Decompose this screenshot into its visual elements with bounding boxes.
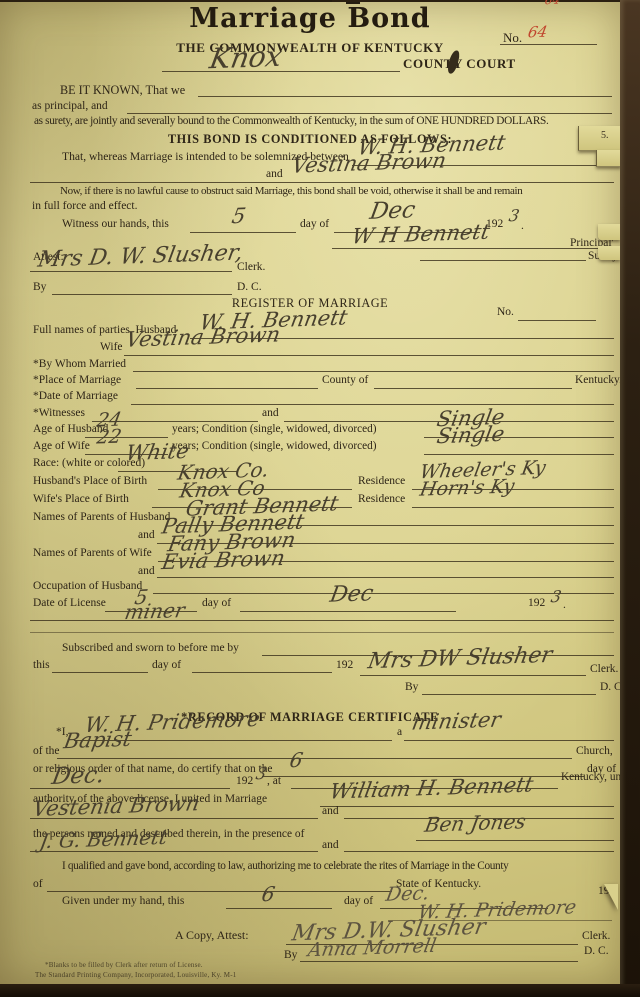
minister-title-handwritten: minister [410,709,502,733]
ruled-line [518,320,596,321]
ruled-line [47,891,392,892]
and-label: and [322,840,339,852]
occupation-label: Occupation of Husband [33,581,142,593]
parents-husband-label: Names of Parents of Husband [33,512,170,524]
age-wife-value: 22 [95,428,123,448]
ruled-line [124,355,614,356]
ruled-line [198,96,612,97]
day-of-label: day of [202,598,231,610]
wife-condition-handwritten: Single [435,424,506,447]
ruled-line [136,388,318,389]
ruled-line [133,371,614,372]
bride-full-handwritten: Vestenia Brown [31,793,201,820]
top-edge-mark [346,2,360,4]
ruled-line [30,620,614,621]
dc-label: D. C. [237,282,262,294]
given-under-hand-label: Given under my hand, this [62,896,184,908]
ruled-line [153,593,614,594]
husband-birth-label: Husband's Place of Birth [33,476,147,488]
witness-hands-label: Witness our hands, this [62,219,169,231]
wife-mother-handwritten: Evia Brown [160,548,286,573]
denomination-handwritten: Bapist [62,729,133,752]
year-printed: 192 [528,598,545,610]
kentucky-label: Kentucky. [575,375,622,387]
and-label: and [266,169,283,181]
conditioned-heading: THIS BOND IS CONDITIONED AS FOLLOWS: [0,133,620,145]
ruled-line [344,851,614,852]
be-it-known-label: BE IT KNOWN, That we [60,84,185,96]
parents-wife-label: Names of Parents of Wife [33,548,152,560]
ruled-line [157,577,614,578]
scan-edge-right [620,0,640,997]
this-label: this [33,660,50,672]
ruled-line [320,806,614,807]
footnote-printer: The Standard Printing Company, Incorpora… [35,972,236,979]
register-no-label: No. [497,307,514,319]
page-curl [598,246,620,260]
ruled-line [300,961,578,962]
place-of-marriage-label: *Place of Marriage [33,375,121,387]
county-name-handwritten: Knox [208,43,285,74]
date-of-marriage-label: *Date of Marriage [33,391,118,403]
wife-birth-label: Wife's Place of Birth [33,494,129,506]
at-label: , at [267,776,281,788]
license-month-handwritten: Dec [328,583,375,607]
ruled-line [52,294,232,295]
ruled-line [416,840,614,841]
ruled-line [190,232,296,233]
and-label: and [262,408,279,420]
ruled-line [360,675,586,676]
residence-label: Residence [358,494,405,506]
date-of-license-label: Date of License [33,598,106,610]
as-principal-label: as principal, and [32,101,108,113]
ruled-line [424,454,614,455]
scan-edge-bottom [0,984,640,997]
of-the-label: of the [33,746,60,758]
condition-label: years; Condition (single, widowed, divor… [172,441,377,452]
age-wife-label: Age of Wife [33,441,90,453]
clerk-label: Clerk. [582,931,610,943]
void-clause-2: in full force and effect. [32,201,137,213]
ruled-line [422,694,596,695]
principal-signature-handwritten: W H Bennett [350,222,491,248]
ruled-line [127,113,612,114]
clerk-label: Clerk. [237,262,265,274]
witness1-handwritten: Ben Jones [423,811,527,835]
and-label: and [138,566,155,578]
ruled-line [52,672,148,673]
bride-name-handwritten: Vestina Brown [290,150,448,177]
page-corner-fold [604,884,618,910]
wife-residence-handwritten: Horn's Ky [418,477,515,499]
witness2-handwritten: J. G. Bennett [38,827,169,852]
county-court-label: COUNTY COURT [403,57,516,70]
underlying-page-tab: 5. [578,126,621,151]
subscribed-label: Subscribed and sworn to before me by [62,643,239,655]
day-of-label: day of [344,896,373,908]
wife-label: Wife [100,342,123,354]
ruled-line [192,672,332,673]
ruled-line [374,388,572,389]
bond-month-handwritten: Dec [368,199,417,224]
day-of-label: day of [300,219,329,231]
copy-attest-label: A Copy, Attest: [175,929,249,941]
day-of-label: day of [152,660,181,672]
ruled-line [131,404,614,405]
witnesses-label: *Witnesses [33,408,85,420]
year-printed: 192 [336,660,353,672]
residence-label: Residence [358,476,405,488]
a-label: a [397,727,402,739]
deputy-signature-handwritten: Anna Morrell [306,937,437,961]
void-clause-1: Now, if there is no lawful cause to obst… [60,186,522,197]
year-printed: 192 [236,776,253,788]
condition-label: years; Condition (single, widowed, divor… [172,424,377,435]
ruled-line [226,908,332,909]
page-curl [598,224,620,240]
top-edge-red-number: 64 [544,0,561,6]
ruled-line [30,182,614,183]
clerk-label: Clerk. [590,664,618,676]
ruled-line [240,611,456,612]
ruled-line [420,260,586,261]
and-label: and [322,806,339,818]
bond-no-value: 64 [527,25,549,41]
top-edge-mark [300,0,332,2]
as-surety-clause: as surety, are jointly and severally bou… [34,116,548,127]
ruled-line [162,71,400,72]
by-label: By [405,682,418,694]
by-whom-married-label: *By Whom Married [33,359,126,371]
church-label: Church, [576,746,613,758]
register-wife-handwritten: Vestina Brown [124,324,282,351]
ruled-line [30,632,614,633]
occupation-value-handwritten: miner [123,600,186,622]
ruled-line [404,740,614,741]
and-label: and [138,530,155,542]
of-label: of [33,879,43,891]
county-of-label: County of [322,375,368,387]
document-title: Marriage Bond [0,5,620,32]
underlying-page-number: 5. [601,130,609,141]
dc-label: D. C. [584,946,609,958]
ruled-line [57,758,572,759]
period: . [521,221,524,233]
period: . [563,600,566,612]
footnote-blanks: *Blanks to be filled by Clerk after retu… [45,962,203,969]
cert-month-handwritten: Dec. [50,764,106,789]
ruled-line [412,507,614,508]
commonwealth-heading: THE COMMONWEALTH OF KENTUCKY [0,41,620,54]
by-label: By [33,282,46,294]
qualified-label: I qualified and gave bond, according to … [62,861,508,872]
underlying-page-tab [596,150,621,167]
by-label: By [284,950,297,962]
scanned-marriage-bond-document: 64 Marriage Bond No. 64 THE COMMONWEALTH… [0,0,640,997]
